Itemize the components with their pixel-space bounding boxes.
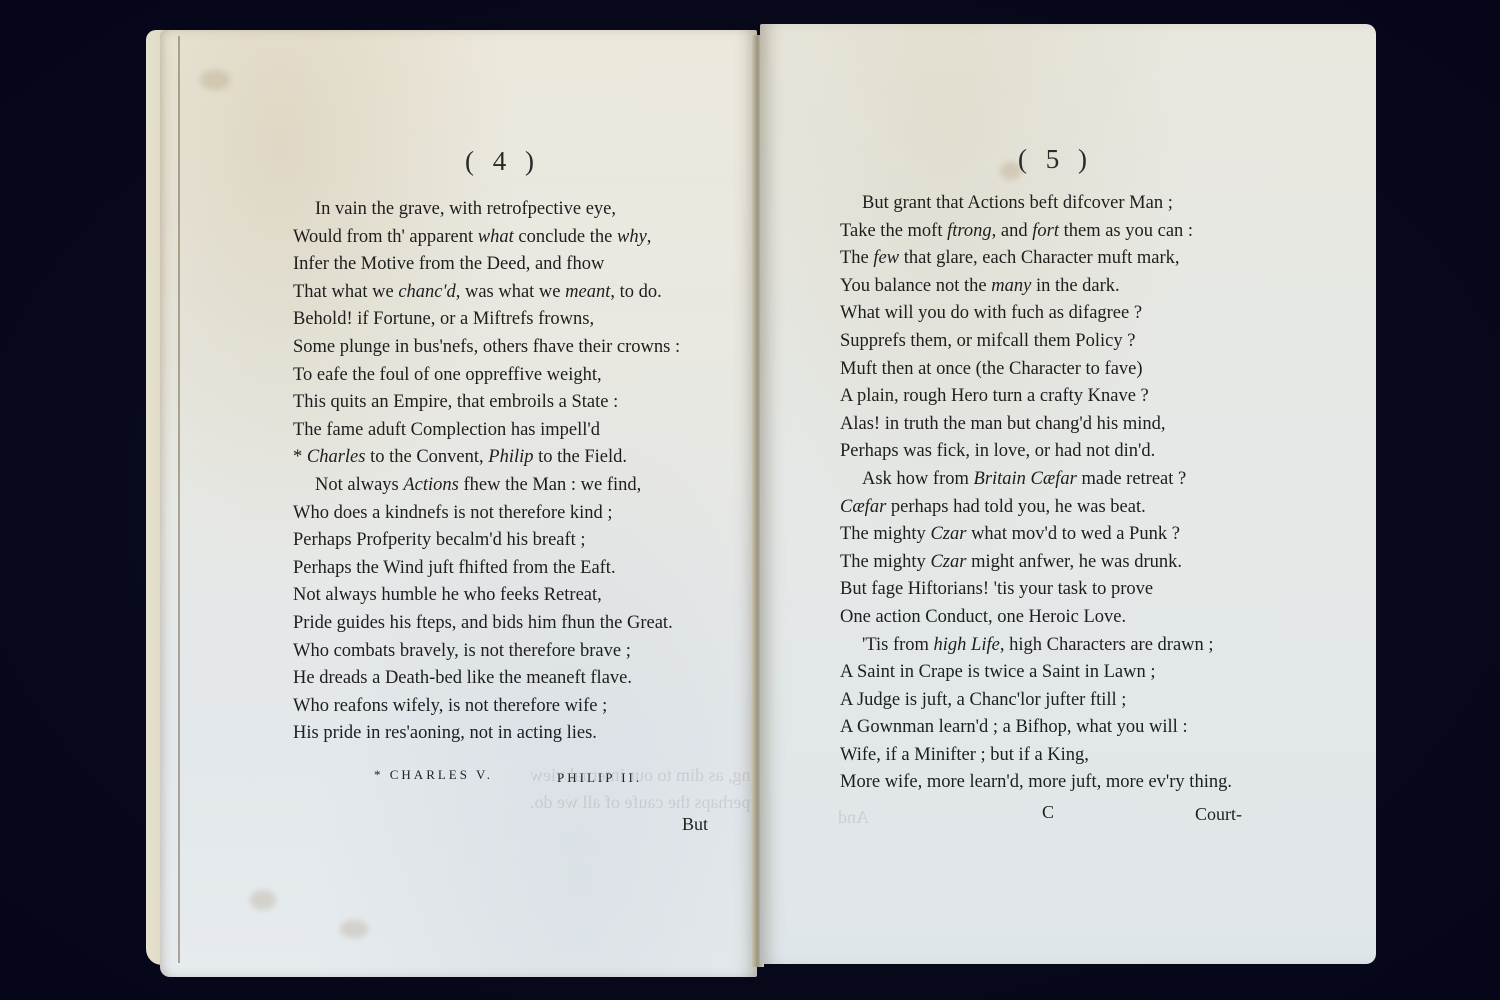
verse-line: To eafe the foul of one oppreffive weigh… bbox=[293, 362, 680, 390]
footnote-charles: * CHARLES V. bbox=[374, 767, 493, 783]
verse-line: 'Tis from high Life, high Characters are… bbox=[840, 632, 1232, 660]
verse-line: That what we chanc'd, was what we meant,… bbox=[293, 279, 680, 307]
verse-lines: But grant that Actions beft difcover Man… bbox=[840, 190, 1232, 797]
verse-line: Infer the Motive from the Deed, and fhow bbox=[293, 251, 680, 279]
verse-line: Who reafons wifely, is not therefore wif… bbox=[293, 693, 680, 721]
verse-line: This quits an Empire, that embroils a St… bbox=[293, 389, 680, 417]
verse-line: Perhaps Profperity becalm'd his breaft ; bbox=[293, 527, 680, 555]
verse-line: * Charles to the Convent, Philip to the … bbox=[293, 444, 680, 472]
verse-line: One action Conduct, one Heroic Love. bbox=[840, 604, 1232, 632]
left-page: Something, as dim to our internal view I… bbox=[160, 30, 757, 977]
verse-line: Perhaps the Wind juft fhifted from the E… bbox=[293, 555, 680, 583]
verse-line: Wife, if a Minifter ; but if a King, bbox=[840, 742, 1232, 770]
verse-line: More wife, more learn'd, more juft, more… bbox=[840, 769, 1232, 797]
verse-line: Behold! if Fortune, or a Miftrefs frowns… bbox=[293, 306, 680, 334]
bleed-through-text: And bbox=[838, 807, 869, 828]
verse-line: Alas! in truth the man but chang'd his m… bbox=[840, 411, 1232, 439]
verse-line: Pride guides his fteps, and bids him fhu… bbox=[293, 610, 680, 638]
verse-line: His pride in res'aoning, not in acting l… bbox=[293, 720, 680, 748]
verse-line: Who does a kindnefs is not therefore kin… bbox=[293, 500, 680, 528]
right-page: And ( 5 ) But grant that Actions beft di… bbox=[760, 24, 1376, 964]
paper-stain bbox=[250, 890, 276, 910]
verse-line: A plain, rough Hero turn a crafty Knave … bbox=[840, 383, 1232, 411]
verse-line: Take the moft ftrong, and fort them as y… bbox=[840, 218, 1232, 246]
page-number: ( 4 ) bbox=[465, 146, 540, 177]
verse-line: Supprefs them, or mifcall them Policy ? bbox=[840, 328, 1232, 356]
verse-line: You balance not the many in the dark. bbox=[840, 273, 1232, 301]
verse-line: Who combats bravely, is not therefore br… bbox=[293, 638, 680, 666]
verse-line: But fage Hiftorians! 'tis your task to p… bbox=[840, 576, 1232, 604]
verse-line: Cæfar perhaps had told you, he was beat. bbox=[840, 494, 1232, 522]
verse-line: A Judge is juft, a Chanc'lor jufter ftil… bbox=[840, 687, 1232, 715]
verse-line: A Gownman learn'd ; a Bifhop, what you w… bbox=[840, 714, 1232, 742]
verse-line: Not always humble he who feeks Retreat, bbox=[293, 582, 680, 610]
verse-line: Muft then at once (the Character to fave… bbox=[840, 356, 1232, 384]
paper-stain bbox=[340, 920, 368, 938]
catchword: But bbox=[682, 814, 708, 835]
verse-line: In vain the grave, with retrofpective ey… bbox=[293, 196, 680, 224]
catchword: Court- bbox=[1195, 804, 1242, 825]
signature-mark: C bbox=[1042, 802, 1054, 823]
verse-line: But grant that Actions beft difcover Man… bbox=[840, 190, 1232, 218]
verse-line: Some plunge in bus'nefs, others fhave th… bbox=[293, 334, 680, 362]
verse-line: A Saint in Crape is twice a Saint in Law… bbox=[840, 659, 1232, 687]
verse-line: What will you do with fuch as difagree ? bbox=[840, 300, 1232, 328]
scanned-book-spread: Something, as dim to our internal view I… bbox=[0, 0, 1500, 1000]
verse-line: Would from th' apparent what conclude th… bbox=[293, 224, 680, 252]
paper-stain bbox=[200, 70, 230, 90]
verse-line: The few that glare, each Character muft … bbox=[840, 245, 1232, 273]
verse-line: Perhaps was fick, in love, or had not di… bbox=[840, 438, 1232, 466]
verse-line: The fame aduft Complection has impell'd bbox=[293, 417, 680, 445]
verse-line: Ask how from Britain Cæfar made retreat … bbox=[840, 466, 1232, 494]
verse-lines: In vain the grave, with retrofpective ey… bbox=[293, 196, 680, 748]
footnote-philip: PHILIP II. bbox=[557, 770, 642, 786]
verse-line: Not always Actions fhew the Man : we fin… bbox=[293, 472, 680, 500]
verse-line: He dreads a Death-bed like the meaneft f… bbox=[293, 665, 680, 693]
page-number: ( 5 ) bbox=[1018, 144, 1093, 175]
verse-line: The mighty Czar might anfwer, he was dru… bbox=[840, 549, 1232, 577]
verse-line: The mighty Czar what mov'd to wed a Punk… bbox=[840, 521, 1232, 549]
